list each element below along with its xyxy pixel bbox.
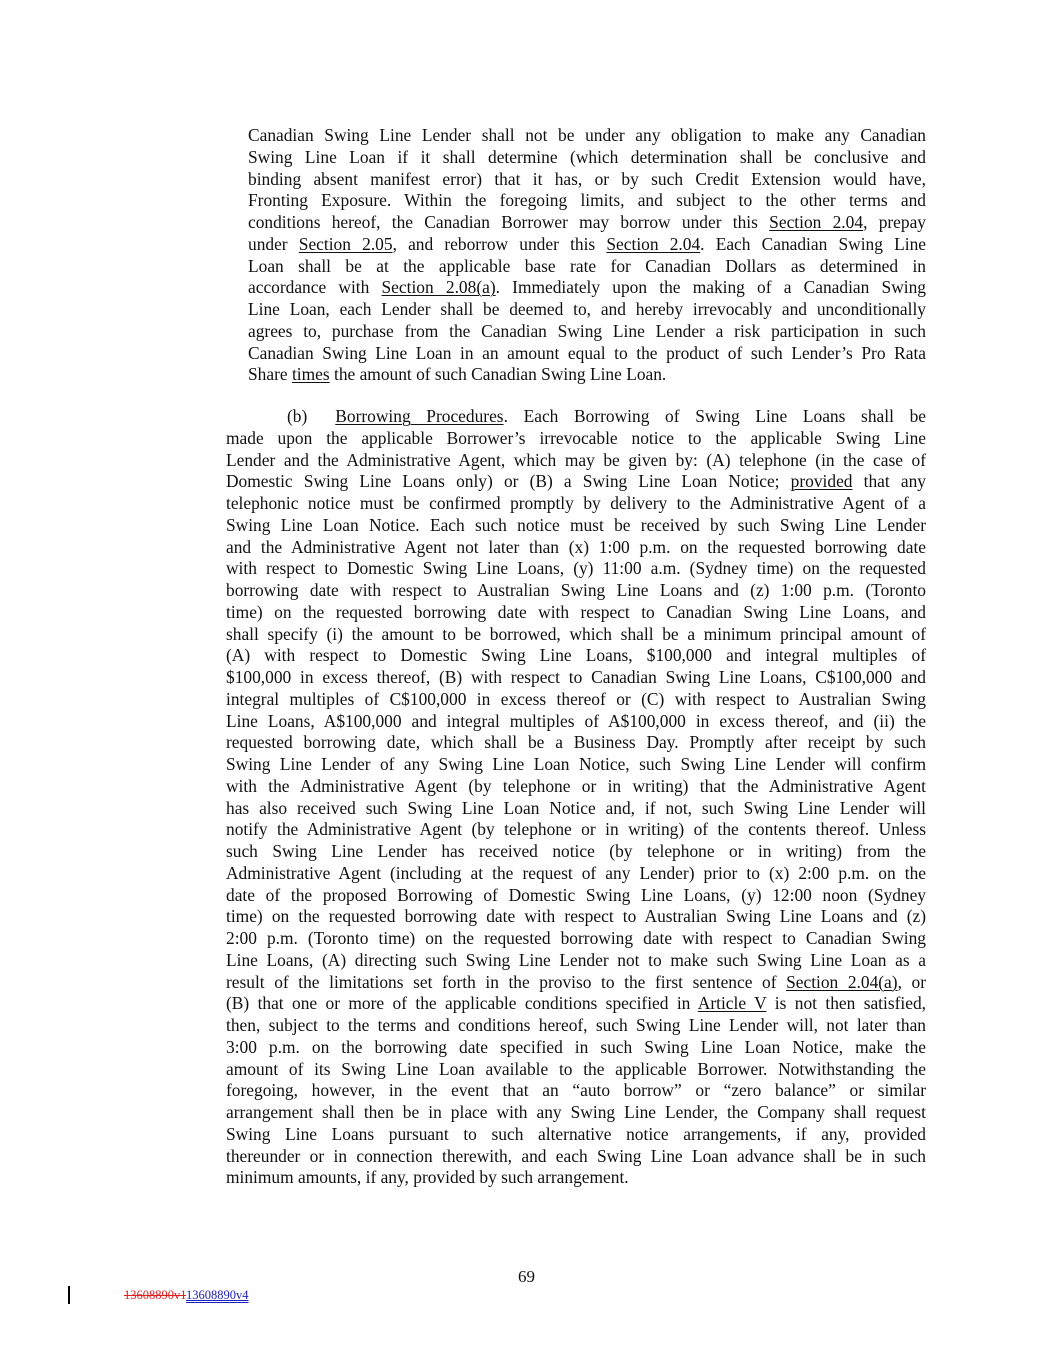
text-run: shall specify (i) the amount to be borro… bbox=[226, 624, 926, 644]
text-line: telephonic notice must be confirmed prom… bbox=[226, 493, 926, 515]
text-run: agrees to, purchase from the Canadian Sw… bbox=[248, 321, 926, 341]
text-run: is not then satisfied, bbox=[766, 993, 926, 1013]
text-run: that any bbox=[853, 471, 927, 491]
text-line: accordance with Section 2.08(a). Immedia… bbox=[248, 277, 926, 299]
text-line: under Section 2.05, and reborrow under t… bbox=[248, 234, 926, 256]
cross-reference: Section 2.04(a) bbox=[786, 972, 897, 992]
text-run: Swing Line Loan Notice. Each such notice… bbox=[226, 515, 926, 535]
text-run: Line Loans, A$100,000 and integral multi… bbox=[226, 711, 926, 731]
text-line: Swing Line Loan if it shall determine (w… bbox=[248, 147, 926, 169]
text-line: has also received such Swing Line Loan N… bbox=[226, 798, 926, 820]
text-run: notify the Administrative Agent (by tele… bbox=[226, 819, 926, 839]
text-run: Administrative Agent (including at the r… bbox=[226, 863, 926, 883]
text-line: foregoing, however, in the event that an… bbox=[226, 1080, 926, 1102]
text-run: conditions hereof, the Canadian Borrower… bbox=[248, 212, 769, 232]
text-run: Canadian Swing Line Loan in an amount eq… bbox=[248, 343, 926, 363]
text-line: 2:00 p.m. (Toronto time) on the requeste… bbox=[226, 928, 926, 950]
text-run: accordance with bbox=[248, 277, 382, 297]
text-run: time) on the requested borrowing date wi… bbox=[226, 906, 926, 926]
cross-reference: times bbox=[292, 364, 330, 384]
section-heading: Borrowing Procedures bbox=[335, 406, 503, 426]
text-run: amount of its Swing Line Loan available … bbox=[226, 1059, 926, 1079]
text-line: Canadian Swing Line Loan in an amount eq… bbox=[248, 343, 926, 365]
page-number: 69 bbox=[518, 1267, 535, 1287]
text-run: with respect to Domestic Swing Line Loan… bbox=[226, 558, 926, 578]
paragraph-b-borrowing-procedures: (b)Borrowing Procedures. Each Borrowing … bbox=[226, 406, 926, 1189]
text-line: such Swing Line Lender has received noti… bbox=[226, 841, 926, 863]
text-run: (A) with respect to Domestic Swing Line … bbox=[226, 645, 926, 665]
text-run: minimum amounts, if any, provided by suc… bbox=[226, 1167, 629, 1187]
text-line: time) on the requested borrowing date wi… bbox=[226, 602, 926, 624]
paragraph-a: Canadian Swing Line Lender shall not be … bbox=[248, 125, 926, 386]
text-line: thereunder or in connection therewith, a… bbox=[226, 1146, 926, 1168]
text-run: 3:00 p.m. on the borrowing date specifie… bbox=[226, 1037, 926, 1057]
cross-reference: provided bbox=[791, 471, 853, 491]
text-run: Swing Line Lender of any Swing Line Loan… bbox=[226, 754, 926, 774]
text-run: $100,000 in excess thereof, (B) with res… bbox=[226, 667, 926, 687]
text-run: , or bbox=[898, 972, 926, 992]
text-line: with respect to Domestic Swing Line Loan… bbox=[226, 558, 926, 580]
text-line: Fronting Exposure. Within the foregoing … bbox=[248, 190, 926, 212]
text-line: Swing Line Lender of any Swing Line Loan… bbox=[226, 754, 926, 776]
text-line: Domestic Swing Line Loans only) or (B) a… bbox=[226, 471, 926, 493]
text-run: telephonic notice must be confirmed prom… bbox=[226, 493, 926, 513]
text-line: (B) that one or more of the applicable c… bbox=[226, 993, 926, 1015]
text-run: then, subject to the terms and condition… bbox=[226, 1015, 926, 1035]
text-line: then, subject to the terms and condition… bbox=[226, 1015, 926, 1037]
text-run: Loan shall be at the applicable base rat… bbox=[248, 256, 926, 276]
text-run: , prepay bbox=[863, 212, 926, 232]
text-line: Canadian Swing Line Lender shall not be … bbox=[248, 125, 926, 147]
text-run: result of the limitations set forth in t… bbox=[226, 972, 786, 992]
cross-reference: Article V bbox=[698, 993, 767, 1013]
text-line: time) on the requested borrowing date wi… bbox=[226, 906, 926, 928]
text-run: Lender and the Administrative Agent, whi… bbox=[226, 450, 926, 470]
text-line: date of the proposed Borrowing of Domest… bbox=[226, 885, 926, 907]
text-run: Line Loan, each Lender shall be deemed t… bbox=[248, 299, 926, 319]
text-run: Share bbox=[248, 364, 292, 384]
text-line: Share times the amount of such Canadian … bbox=[248, 364, 926, 386]
text-run: with the Administrative Agent (by teleph… bbox=[226, 776, 926, 796]
text-line: made upon the applicable Borrower’s irre… bbox=[226, 428, 926, 450]
text-run: , and reborrow under this bbox=[393, 234, 607, 254]
text-run: . Each Canadian Swing Line bbox=[700, 234, 926, 254]
text-run: the amount of such Canadian Swing Line L… bbox=[330, 364, 667, 384]
text-run: binding absent manifest error) that it h… bbox=[248, 169, 926, 189]
text-line: (A) with respect to Domestic Swing Line … bbox=[226, 645, 926, 667]
text-line: Line Loans, A$100,000 and integral multi… bbox=[226, 711, 926, 733]
text-line: minimum amounts, if any, provided by suc… bbox=[226, 1167, 926, 1189]
text-run: 2:00 p.m. (Toronto time) on the requeste… bbox=[226, 928, 926, 948]
text-line: requested borrowing date, which shall be… bbox=[226, 732, 926, 754]
text-line: shall specify (i) the amount to be borro… bbox=[226, 624, 926, 646]
text-line: Lender and the Administrative Agent, whi… bbox=[226, 450, 926, 472]
cross-reference: Section 2.05 bbox=[299, 234, 393, 254]
text-run: Fronting Exposure. Within the foregoing … bbox=[248, 190, 926, 210]
text-line: borrowing date with respect to Australia… bbox=[226, 580, 926, 602]
paragraph-label: (b) bbox=[287, 406, 307, 426]
text-run: . Immediately upon the making of a Canad… bbox=[496, 277, 926, 297]
text-line: with the Administrative Agent (by teleph… bbox=[226, 776, 926, 798]
text-line: Loan shall be at the applicable base rat… bbox=[248, 256, 926, 278]
text-line: conditions hereof, the Canadian Borrower… bbox=[248, 212, 926, 234]
text-run: thereunder or in connection therewith, a… bbox=[226, 1146, 926, 1166]
doc-id-inserted: 13608890v4 bbox=[186, 1288, 249, 1302]
text-run: and the Administrative Agent not later t… bbox=[226, 537, 926, 557]
text-run: Swing Line Loans pursuant to such altern… bbox=[226, 1124, 926, 1144]
text-line: Administrative Agent (including at the r… bbox=[226, 863, 926, 885]
text-run: Line Loans, (A) directing such Swing Lin… bbox=[226, 950, 926, 970]
text-line: 3:00 p.m. on the borrowing date specifie… bbox=[226, 1037, 926, 1059]
text-line: notify the Administrative Agent (by tele… bbox=[226, 819, 926, 841]
text-line: agrees to, purchase from the Canadian Sw… bbox=[248, 321, 926, 343]
paragraph-b-first-line: (b)Borrowing Procedures. Each Borrowing … bbox=[226, 406, 926, 428]
text-run: Canadian Swing Line Lender shall not be … bbox=[248, 125, 926, 145]
cross-reference: Section 2.08(a) bbox=[382, 277, 496, 297]
text-run: under bbox=[248, 234, 299, 254]
text-run: Swing Line Loan if it shall determine (w… bbox=[248, 147, 926, 167]
text-line: result of the limitations set forth in t… bbox=[226, 972, 926, 994]
text-line: and the Administrative Agent not later t… bbox=[226, 537, 926, 559]
text-run: has also received such Swing Line Loan N… bbox=[226, 798, 926, 818]
text-line: arrangement shall then be in place with … bbox=[226, 1102, 926, 1124]
text-line: Swing Line Loans pursuant to such altern… bbox=[226, 1124, 926, 1146]
text-line: Swing Line Loan Notice. Each such notice… bbox=[226, 515, 926, 537]
text-line: integral multiples of C$100,000 in exces… bbox=[226, 689, 926, 711]
text-line: amount of its Swing Line Loan available … bbox=[226, 1059, 926, 1081]
cross-reference: Section 2.04 bbox=[606, 234, 700, 254]
text-run: date of the proposed Borrowing of Domest… bbox=[226, 885, 926, 905]
text-run: made upon the applicable Borrower’s irre… bbox=[226, 428, 926, 448]
change-bar bbox=[68, 1286, 70, 1304]
text-run: (B) that one or more of the applicable c… bbox=[226, 993, 698, 1013]
text-run: integral multiples of C$100,000 in exces… bbox=[226, 689, 926, 709]
text-run: such Swing Line Lender has received noti… bbox=[226, 841, 926, 861]
text-line: $100,000 in excess thereof, (B) with res… bbox=[226, 667, 926, 689]
text-run: time) on the requested borrowing date wi… bbox=[226, 602, 926, 622]
document-page: Canadian Swing Line Lender shall not be … bbox=[0, 0, 1055, 1365]
text-run: borrowing date with respect to Australia… bbox=[226, 580, 926, 600]
text-line: Line Loans, (A) directing such Swing Lin… bbox=[226, 950, 926, 972]
cross-reference: Section 2.04 bbox=[769, 212, 863, 232]
text-run: Domestic Swing Line Loans only) or (B) a… bbox=[226, 471, 791, 491]
doc-id-deleted: 13608890v1 bbox=[124, 1288, 186, 1302]
document-id: 13608890v113608890v4 bbox=[124, 1288, 249, 1303]
text-run: requested borrowing date, which shall be… bbox=[226, 732, 926, 752]
text-run: arrangement shall then be in place with … bbox=[226, 1102, 926, 1122]
text-line: binding absent manifest error) that it h… bbox=[248, 169, 926, 191]
text-run: foregoing, however, in the event that an… bbox=[226, 1080, 926, 1100]
text-line: Line Loan, each Lender shall be deemed t… bbox=[248, 299, 926, 321]
